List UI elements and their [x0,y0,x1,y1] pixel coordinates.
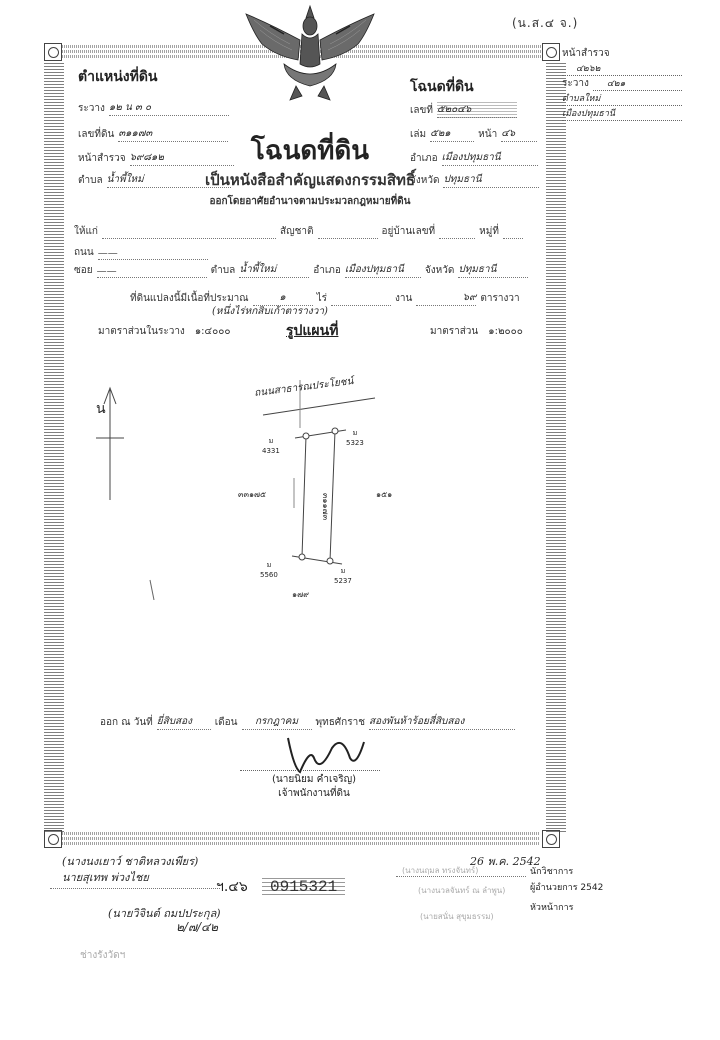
map-section-title: รูปแผนที่ [286,320,338,342]
signature-line [240,770,380,771]
parcel-number: ๓๑๑๗๓ [319,493,332,520]
officer-title: เจ้าพนักงานที่ดิน [244,786,384,801]
marker-sw: ม5560 [260,560,278,579]
form-code: (น.ส.๔ จ.) [512,14,578,33]
issuing-authority: ออกโดยอาศัยอำนาจตามประมวลกฎหมายที่ดิน [0,194,620,209]
marker-se: ม5237 [334,566,352,585]
land-position-heading: ตำแหน่งที่ดิน [78,66,158,88]
area-in-words: (หนึ่งไร่หกสิบเก้าตารางวา) [212,304,328,319]
adjacent-west: ๓๓๑๗๕ [238,488,266,501]
footer-faded-label: ช่างรังวัดฯ [80,948,125,963]
field-amphoe: อำเภอ เมืองปทุมธานี [410,150,538,166]
footer-right-title-1: นักวิชาการ [530,864,573,878]
corner-ornament-icon [44,43,62,61]
field-survey-page: หน้าสำรวจ ๖๙๘๑๒ [78,150,234,166]
road-row: ถนน —— [74,245,208,260]
security-border-bottom [62,830,540,848]
footer-date: ๒/๗/๔๒ [176,918,218,937]
officer-name: (นายนิยม คำเจริญ) [244,772,384,787]
marker-nw: ม4331 [262,436,280,455]
marker-ne: ม5323 [346,428,364,447]
footer-right-name-2: (นางนวลจันทร์ ณ ลำพูน) [418,884,505,897]
parcel-map [80,370,480,600]
field-province: จังหวัด ปทุมธานี [410,172,539,188]
adjacent-east: ๑๕๑ [376,488,392,501]
right-margin-notes: หน้าสำรวจ ๔๒๖๒ ระวาง๔๒๑ ตำบลใหม่ เมืองปท… [562,46,682,121]
field-rawang: ระวาง ๑๒ น ๓ ๐ [78,100,229,116]
garuda-emblem-icon [240,4,380,104]
owner-row: ให้แก่ สัญชาติ อยู่บ้านเลขที่ หมู่ที่ [74,224,534,239]
field-land-number: เลขที่ดิน ๓๑๑๗๓ [78,126,228,142]
address-row: ซอย —— ตำบล น้ำพี้ใหม่ อำเภอ เมืองปทุมธา… [74,262,544,278]
corner-ornament-icon [542,43,560,61]
drawing-scale: มาตราส่วนในระวาง ๑:๔๐๐๐ [98,324,230,339]
footer-line [396,876,526,877]
corner-ornament-icon [44,830,62,848]
field-tambon: ตำบล น้ำพี้ใหม่ [78,172,231,188]
footer-right-title-2: ผู้อำนวยการ 2542 [530,880,603,894]
ns-code: ฯ.๔๖ [216,876,248,898]
footer-line [50,888,220,889]
footer-right-name-3: (นายสนั่น สุขุมธรรม) [420,910,494,923]
corner-ornament-icon [542,830,560,848]
map-scale: มาตราส่วน ๑:๒๐๐๐ [430,324,523,339]
serial-number: 0915321 [262,876,345,898]
field-deed-number: เลขที่ ๕๒๐๔๖ [410,102,517,118]
north-label: น [96,398,106,420]
deed-heading: โฉนดที่ดิน [410,76,474,98]
field-volume: เล่ม ๕๒๑ หน้า ๔๖ [410,126,537,142]
adjacent-south: ๑๗๙ [292,588,309,601]
footer-right-title-3: หัวหน้าการ [530,900,573,914]
footer-signature-2: นายสุเทพ พ่วงไชย [62,868,149,886]
